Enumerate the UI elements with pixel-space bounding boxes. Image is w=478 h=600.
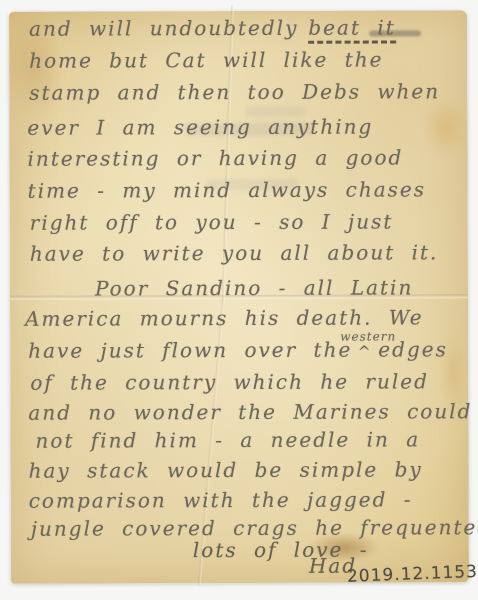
letter-line: have just flown over thewestern^edges — [28, 336, 448, 363]
scan-background: and will undoubtedlybeat it home but Cat… — [0, 0, 478, 600]
line-text: have just flown over the — [28, 338, 352, 363]
letter-line: time - my mind always chases — [28, 176, 426, 203]
letter-line: hay stack would be simple by — [29, 456, 423, 483]
letter-line: have to write you all about it. — [30, 239, 439, 266]
letter-line: stamp and then too Debs when — [29, 78, 440, 105]
letter-line: interesting or having a good — [27, 144, 403, 171]
underlined-phrase: beat it — [308, 15, 395, 43]
letter-line: right off to you - so I just — [30, 208, 394, 235]
interlinear-insertion: western^ — [356, 337, 374, 365]
letter-line: comparison with the jagged - — [29, 486, 413, 513]
letter-line: home but Cat will like the — [29, 46, 383, 73]
line-text: and will undoubtedly — [29, 16, 298, 41]
letter-line: and no wonder the Marines could — [28, 398, 472, 426]
paper-stain — [423, 98, 467, 156]
letter-line: and will undoubtedlybeat it — [29, 14, 396, 41]
accession-number: 2019.12.1153 — [347, 562, 478, 587]
inserted-word: western — [340, 323, 396, 349]
letter-line: not find him - a needle in a — [35, 426, 420, 453]
letter-line: of the country which he ruled — [30, 368, 429, 395]
letter-line: Poor Sandino - all Latin — [95, 274, 413, 301]
letter-paper: and will undoubtedlybeat it home but Cat… — [9, 10, 469, 584]
letter-line: ever I am seeing anything — [27, 114, 373, 141]
